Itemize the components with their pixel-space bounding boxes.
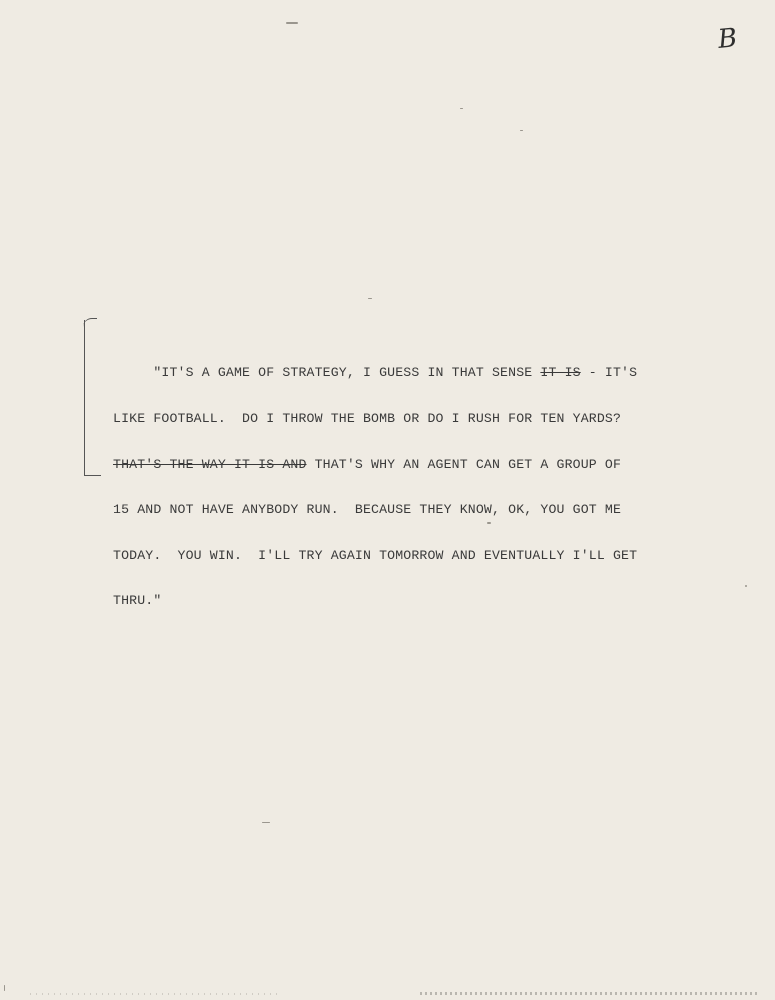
struck-text: THAT'S THE WAY IT IS AND xyxy=(113,457,307,472)
scan-speck xyxy=(745,585,747,587)
scan-edge-noise xyxy=(30,993,280,995)
quote-text: TODAY. YOU WIN. I'LL TRY AGAIN TOMORROW … xyxy=(113,548,637,563)
scan-speck xyxy=(262,822,270,823)
handwritten-page-mark: B xyxy=(716,23,738,55)
scan-edge-noise xyxy=(420,992,760,995)
scan-speck xyxy=(460,108,463,109)
scan-speck xyxy=(4,985,5,991)
quote-text: LIKE FOOTBALL. DO I THROW THE BOMB OR DO… xyxy=(113,411,621,426)
quote-line: TODAY. YOU WIN. I'LL TRY AGAIN TOMORROW … xyxy=(113,548,713,563)
scan-speck xyxy=(520,130,523,131)
quote-text: THAT'S WHY AN AGENT CAN GET A GROUP OF xyxy=(307,457,622,472)
scan-speck xyxy=(368,298,372,299)
scan-speck xyxy=(286,22,298,24)
margin-bracket xyxy=(84,320,101,476)
quote-line: 15 AND NOT HAVE ANYBODY RUN. BECAUSE THE… xyxy=(113,502,713,517)
quote-text: THRU." xyxy=(113,593,161,608)
quote-line: LIKE FOOTBALL. DO I THROW THE BOMB OR DO… xyxy=(113,411,713,426)
quote-line: THAT'S THE WAY IT IS AND THAT'S WHY AN A… xyxy=(113,457,713,472)
quote-text: 15 AND NOT HAVE ANYBODY RUN. BECAUSE THE… xyxy=(113,502,621,517)
quote-line: "IT'S A GAME OF STRATEGY, I GUESS IN THA… xyxy=(113,365,713,380)
quote-line: THRU." xyxy=(113,593,713,608)
quote-block: "IT'S A GAME OF STRATEGY, I GUESS IN THA… xyxy=(113,335,713,639)
quote-text: "IT'S A GAME OF STRATEGY, I GUESS IN THA… xyxy=(113,365,540,380)
quote-text: - IT'S xyxy=(581,365,637,380)
struck-text: IT IS xyxy=(540,365,580,380)
scan-speck xyxy=(487,522,491,524)
